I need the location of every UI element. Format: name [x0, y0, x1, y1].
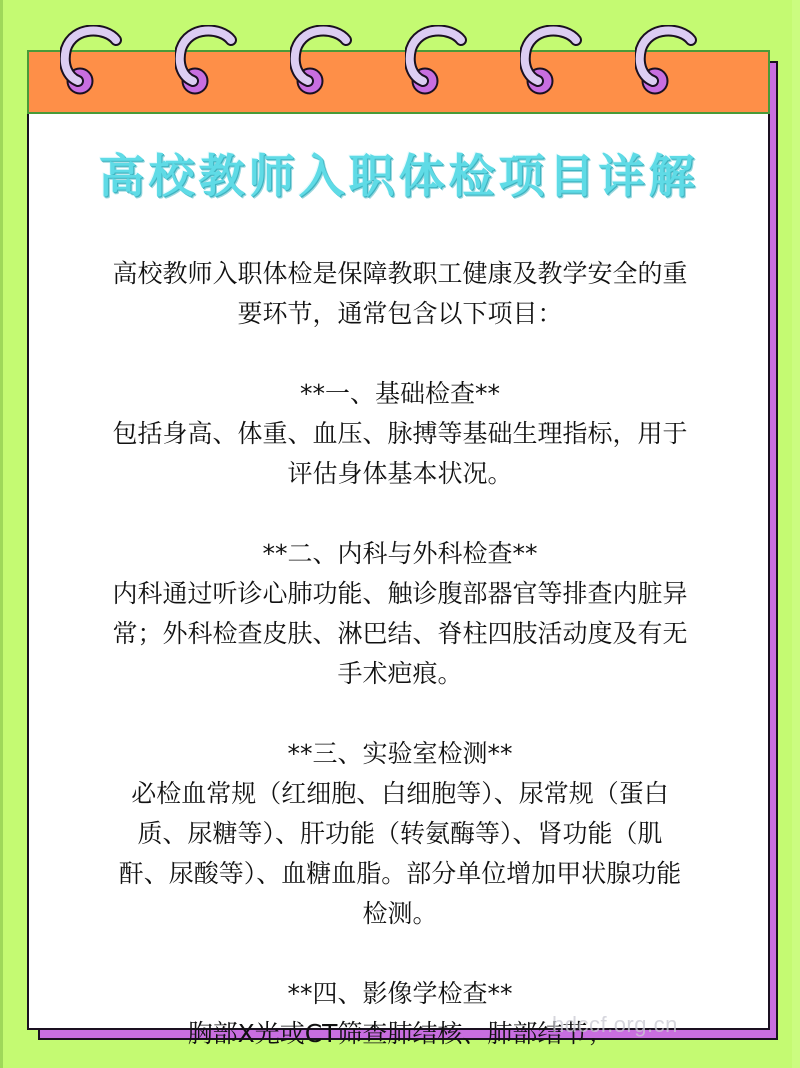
binder-ring-icon — [405, 25, 469, 97]
article-body: 高校教师入职体检是保障教职工健康及教学安全的重 要环节，通常包含以下项目： **… — [60, 254, 740, 1054]
section-line: 手术疤痕。 — [60, 654, 740, 694]
binder-ring-icon — [60, 25, 124, 97]
section-line: 评估身体基本状况。 — [60, 454, 740, 494]
section-line: 质、尿糖等）、肝功能（转氨酶等）、肾功能（肌 — [60, 814, 740, 854]
watermark-text: hdccf.org.cn — [552, 1012, 678, 1038]
section-heading: **二、内科与外科检查** — [60, 534, 740, 574]
section-heading: **四、影像学检查** — [60, 974, 740, 1014]
page-title: 高校教师入职体检项目详解 — [27, 140, 770, 206]
section-line: 包括身高、体重、血压、脉搏等基础生理指标，用于 — [60, 414, 740, 454]
binder-ring-icon — [635, 25, 699, 97]
section-line: 酐、尿酸等）、血糖血脂。部分单位增加甲状腺功能 — [60, 854, 740, 894]
right-edge-strip — [792, 0, 800, 1068]
section-heading: **一、基础检查** — [60, 374, 740, 414]
section-line: 内科通过听诊心肺功能、触诊腹部器官等排查内脏异 — [60, 574, 740, 614]
binder-ring-icon — [290, 25, 354, 97]
left-edge-strip — [0, 0, 3, 1068]
binder-ring-icon — [520, 25, 584, 97]
section-line: 常；外科检查皮肤、淋巴结、脊柱四肢活动度及有无 — [60, 614, 740, 654]
section-line: 必检血常规（红细胞、白细胞等）、尿常规（蛋白 — [60, 774, 740, 814]
section-heading: **三、实验室检测** — [60, 734, 740, 774]
binder-ring-icon — [175, 25, 239, 97]
intro-line: 要环节，通常包含以下项目： — [60, 294, 740, 334]
section-line: 检测。 — [60, 894, 740, 934]
intro-line: 高校教师入职体检是保障教职工健康及教学安全的重 — [60, 254, 740, 294]
